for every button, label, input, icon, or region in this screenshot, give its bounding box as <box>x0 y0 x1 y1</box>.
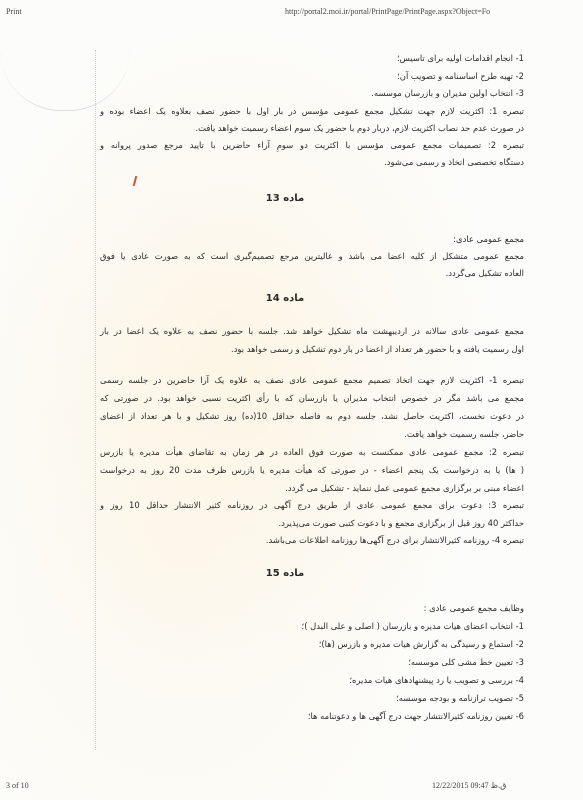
list-item: 4- بررسی و تصویب یا رد پیشنهادهای هیات م… <box>349 673 524 689</box>
article-15-heading: ماده 15 <box>225 568 345 579</box>
paragraph-line: ( ها) یا به درخواست یک پنجم اعضاء - در ص… <box>100 463 524 479</box>
paragraph-line: مجمع عمومی عادی: <box>453 232 524 248</box>
print-datetime: 12/22/2015 09:47 ق.ظ <box>432 781 506 790</box>
paragraph-line: در دعوت نخست، اکثریت حاصل نشد، جلسه دوم … <box>100 409 524 425</box>
paragraph-line: تبصره 4- روزنامه کثیرالانتشار برای درج آ… <box>266 533 524 549</box>
list-item: 1- انجام اقدامات اولیه برای تاسیس؛ <box>397 51 524 67</box>
list-item: 2- استماع و رسیدگی به گزارش هیات مدیره و… <box>319 637 524 653</box>
paragraph-line: حاضر، جلسه رسمیت خواهد یافت. <box>404 427 524 443</box>
paragraph-line: وظایف مجمع عمومی عادی : <box>424 601 524 617</box>
paragraph-line: حداکثر 40 روز قبل از برگزاری مجمع و با د… <box>278 516 524 532</box>
note-line: در صورت عدم حد نصاب اکثریت لازم، دربار د… <box>196 121 525 137</box>
paragraph-line: مجمع عمومی عادی سالانه در اردیبهشت ماه ت… <box>100 324 524 340</box>
paragraph-line: اعضاء مبنی بر برگزاری مجمع عمومی عمل ننم… <box>285 481 524 497</box>
note-line: تبصره 2: تصمیمات مجمع عمومی مؤسس با اکثر… <box>100 138 524 154</box>
list-item: 2- تهیه طرح اساسنامه و تصویب آن؛ <box>397 69 524 85</box>
paragraph-line: اول رسمیت یافته و با حضور هر تعداد از اع… <box>231 342 524 358</box>
paragraph-line: تبصره 2: مجمع عمومی عادی ممکنست به صورت … <box>100 445 524 461</box>
note-line: دستگاه تخصصی اتخاذ و رسمی می‌شود. <box>384 155 524 171</box>
paragraph-line: مجمع می باشد مگر در خصوص انتخاب مدیران ی… <box>100 391 524 407</box>
article-13-heading: ماده 13 <box>225 193 345 204</box>
paragraph-line: تبصره 3: دعوت برای مجمع عمومی عادی از طر… <box>100 498 524 514</box>
scan-margin-line <box>95 50 96 750</box>
list-item: 1- انتخاب اعضای هیات مدیره و بازرسان ( ا… <box>302 619 524 635</box>
list-item: 6- تعیین روزنامه کثیرالانتشار جهت درج آگ… <box>308 709 524 725</box>
list-item: 5- تصویب ترازنامه و بودجه موسسه؛ <box>396 691 524 707</box>
list-item: 3- انتخاب اولین مدیران و بازرسان موسسه. <box>371 86 524 102</box>
scanned-page: Print http://portal2.moi.ir/portal/Print… <box>0 0 583 800</box>
list-item: 3- تعیین خط مشی کلی موسسه؛ <box>408 655 524 671</box>
paragraph-line: العاده تشکیل می‌گردد. <box>446 266 524 282</box>
red-pen-mark <box>133 176 138 186</box>
article-14-heading: ماده 14 <box>225 293 345 304</box>
paragraph-line: مجمع عمومی متشکل از کلیه اعضا می باشد و … <box>100 249 524 265</box>
paragraph-line: تبصره 1- اکثریت لازم جهت اتخاذ تصمیم مجم… <box>100 373 524 389</box>
print-header-label: Print <box>6 7 22 16</box>
page-number: 3 of 10 <box>6 781 29 790</box>
note-line: تبصره 1: اکثریت لازم جهت تشکیل مجمع عموم… <box>100 104 524 120</box>
print-header-url: http://portal2.moi.ir/portal/PrintPage/P… <box>285 7 490 16</box>
scan-artifact-arc <box>0 50 130 111</box>
